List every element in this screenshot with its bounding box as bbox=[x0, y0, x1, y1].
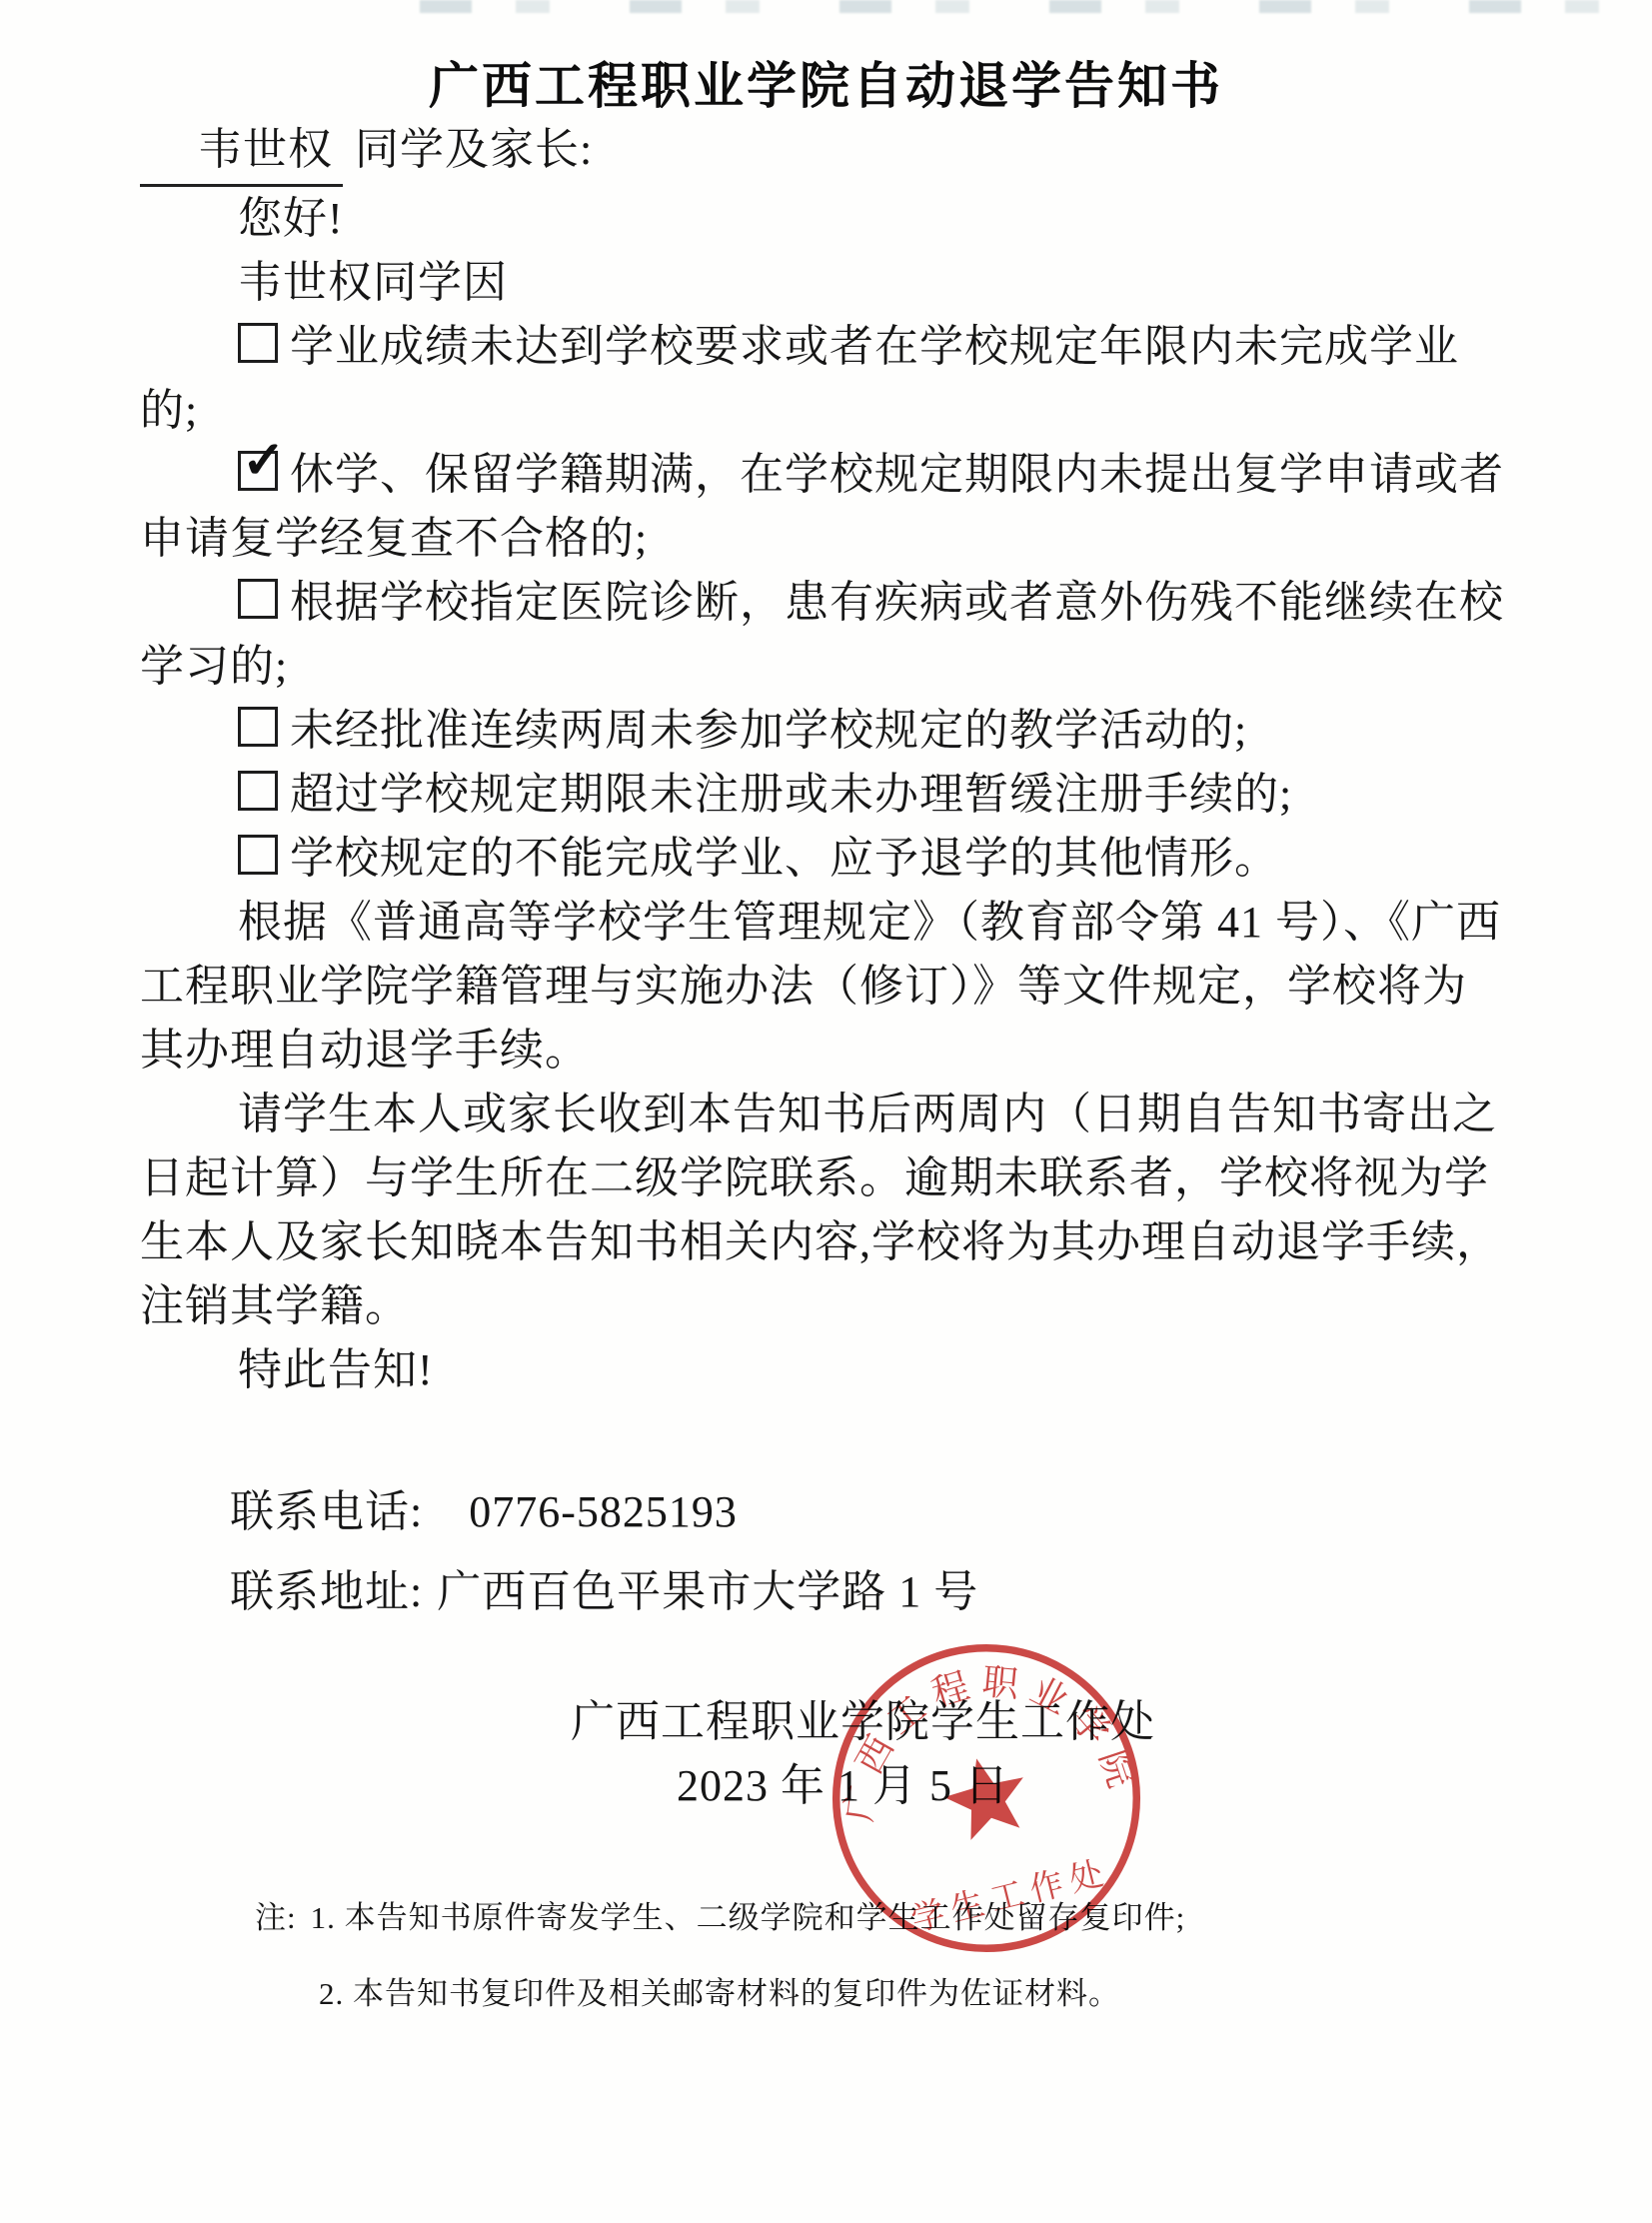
phone-label: 联系电话: bbox=[230, 1487, 423, 1536]
note-item-1: 1. 本告知书原件寄发学生、二级学院和学生工作处留存复印件; bbox=[311, 1900, 1186, 1935]
phone-number: 0776-5825193 bbox=[469, 1487, 738, 1536]
document-page: 广西工程职业学院自动退学告知书 韦世权 同学及家长: 您好! 韦世权同学因 ✓学… bbox=[0, 0, 1652, 2223]
signature-block: 广西工程职业学院学生工作处 2023 年 1 月 5 日 bbox=[140, 1690, 1507, 1818]
checkbox-unchecked-icon: ✓ bbox=[238, 771, 278, 811]
address-value: 广西百色平果市大学路 1 号 bbox=[437, 1567, 978, 1616]
reason-item-2: ✓休学、保留学籍期满，在学校规定期限内未提出复学申请或者申请复学经复查不合格的; bbox=[140, 443, 1507, 571]
page-title: 广西工程职业学院自动退学告知书 bbox=[0, 46, 1652, 118]
reason-text: 超过学校规定期限未注册或未办理暂缓注册手续的; bbox=[290, 770, 1292, 819]
signature-org: 广西工程职业学院学生工作处 bbox=[140, 1690, 1507, 1754]
reason-item-4: ✓未经批准连续两周未参加学校规定的教学活动的; bbox=[140, 699, 1507, 763]
footnotes: 注:1. 本告知书原件寄发学生、二级学院和学生工作处留存复印件; 2. 本告知书… bbox=[140, 1880, 1507, 2032]
checkbox-unchecked-icon: ✓ bbox=[238, 323, 278, 363]
reason-item-1: ✓学业成绩未达到学校要求或者在学校规定年限内未完成学业的; bbox=[140, 315, 1507, 443]
checkbox-unchecked-icon: ✓ bbox=[238, 579, 278, 619]
reason-text: 学校规定的不能完成学业、应予退学的其他情形。 bbox=[290, 834, 1279, 883]
checkbox-checked-icon: ✓ bbox=[238, 451, 278, 491]
reason-item-5: ✓超过学校规定期限未注册或未办理暂缓注册手续的; bbox=[140, 763, 1507, 827]
signature-date: 2023 年 1 月 5 日 bbox=[140, 1754, 1507, 1818]
note-label: 注: bbox=[255, 1900, 297, 1935]
footnote-line-2: 2. 本告知书复印件及相关邮寄材料的复印件为佐证材料。 bbox=[255, 1956, 1507, 2032]
scan-artifact-top bbox=[420, 0, 1629, 13]
footnote-line-1: 注:1. 本告知书原件寄发学生、二级学院和学生工作处留存复印件; bbox=[255, 1880, 1507, 1956]
document-body: 韦世权 同学及家长: 您好! 韦世权同学因 ✓学业成绩未达到学校要求或者在学校规… bbox=[0, 118, 1652, 2032]
note-item-2: 2. 本告知书复印件及相关邮寄材料的复印件为佐证材料。 bbox=[319, 1976, 1120, 2011]
contact-block: 联系电话:0776-5825193 联系地址:广西百色平果市大学路 1 号 bbox=[140, 1472, 1507, 1632]
regulation-paragraph: 根据《普通高等学校学生管理规定》（教育部令第 41 号）、《广西工程职业学院学籍… bbox=[140, 891, 1507, 1083]
closing-line: 特此告知! bbox=[140, 1338, 1507, 1402]
reason-text: 休学、保留学籍期满，在学校规定期限内未提出复学申请或者申请复学经复查不合格的; bbox=[140, 450, 1504, 563]
salutation-line: 韦世权 同学及家长: bbox=[140, 118, 1507, 187]
reason-text: 未经批准连续两周未参加学校规定的教学活动的; bbox=[290, 706, 1247, 755]
contact-address-line: 联系地址:广西百色平果市大学路 1 号 bbox=[230, 1552, 1507, 1632]
checkmark-icon: ✓ bbox=[242, 436, 286, 488]
contact-phone-line: 联系电话:0776-5825193 bbox=[230, 1472, 1507, 1552]
instruction-paragraph: 请学生本人或家长收到本告知书后两周内（日期自告知书寄出之日起计算）与学生所在二级… bbox=[140, 1083, 1507, 1338]
checkbox-unchecked-icon: ✓ bbox=[238, 707, 278, 747]
student-name: 韦世权 bbox=[140, 118, 343, 187]
reason-text: 学业成绩未达到学校要求或者在学校规定年限内未完成学业的; bbox=[140, 322, 1459, 435]
checkbox-unchecked-icon: ✓ bbox=[238, 835, 278, 875]
salutation-suffix: 同学及家长: bbox=[343, 125, 593, 174]
intro-line: 韦世权同学因 bbox=[140, 251, 1507, 315]
greeting-line: 您好! bbox=[140, 187, 1507, 251]
reason-item-3: ✓根据学校指定医院诊断，患有疾病或者意外伤残不能继续在校学习的; bbox=[140, 571, 1507, 699]
reason-text: 根据学校指定医院诊断，患有疾病或者意外伤残不能继续在校学习的; bbox=[140, 578, 1504, 691]
address-label: 联系地址: bbox=[230, 1567, 423, 1616]
reason-item-6: ✓学校规定的不能完成学业、应予退学的其他情形。 bbox=[140, 827, 1507, 891]
